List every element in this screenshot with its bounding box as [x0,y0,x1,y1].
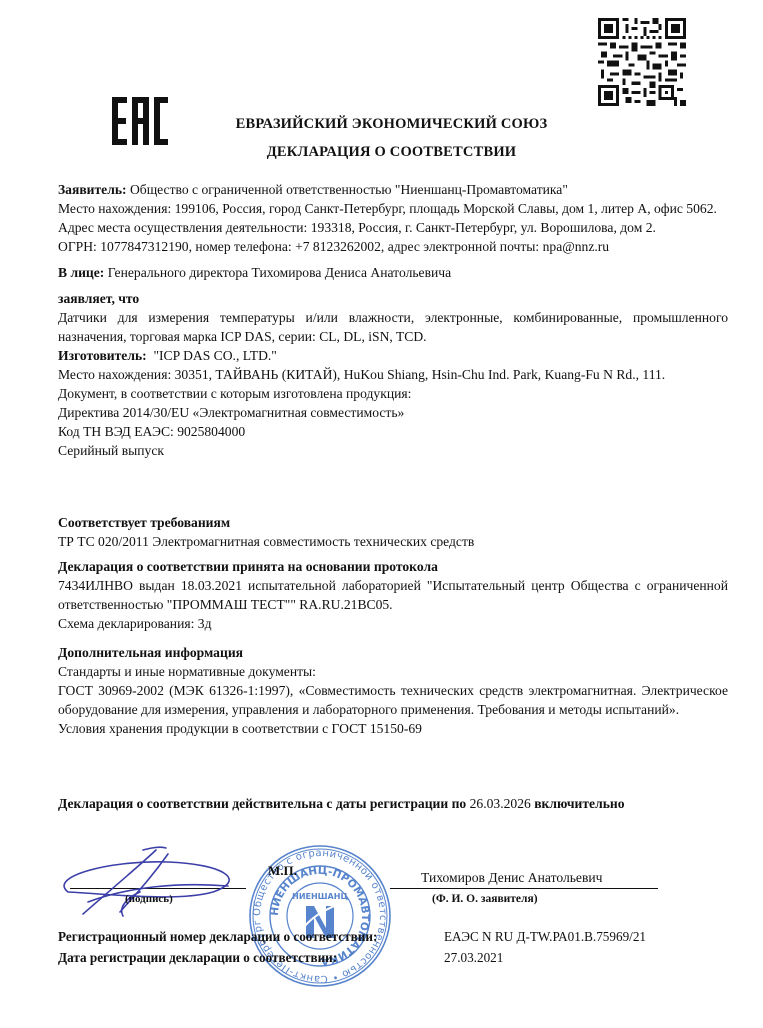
manufacturer-location: Место нахождения: 30351, ТАЙВАНЬ (КИТАЙ)… [58,365,728,384]
manufacturer-line: Изготовитель: "ICP DAS CO., LTD." [58,346,728,365]
applicant-location: Место нахождения: 199106, Россия, город … [58,199,728,218]
representative-value: Генерального директора Тихомирова Дениса… [104,265,451,280]
handwritten-signature-icon [48,842,248,922]
union-title: ЕВРАЗИЙСКИЙ ЭКОНОМИЧЕСКИЙ СОЮЗ [0,116,763,133]
production-document-intro: Документ, в соответствии с которым изгот… [58,384,728,403]
validity-text-before: Декларация о соответствии действительна … [58,796,470,811]
signer-name-line [390,888,658,889]
tn-ved-code: Код ТН ВЭД ЕАЭС: 9025804000 [58,422,728,441]
release-type: Серийный выпуск [58,441,728,460]
protocol-section: Декларация о соответствии принята на осн… [58,557,728,633]
signature-label: (подпись) [125,893,173,905]
storage-conditions: Условия хранения продукции в соответстви… [58,719,728,738]
representative-line: В лице: Генерального директора Тихомиров… [58,263,728,282]
applicant-activity-address: Адрес места осуществления деятельности: … [58,218,728,237]
requirements-section: Соответствует требованиям ТР ТС 020/2011… [58,513,728,551]
standards-value: ГОСТ 30969-2002 (МЭК 61326-1:1997), «Сов… [58,681,728,719]
signer-name: Тихомиров Денис Анатольевич [421,870,603,886]
additional-info-section: Дополнительная информация Стандарты и ин… [58,643,728,738]
applicant-line: Заявитель: Общество с ограниченной ответ… [58,180,728,199]
manufacturer-name: "ICP DAS CO., LTD." [147,348,277,363]
registration-date-value: 27.03.2021 [444,950,503,966]
declares-label: заявляет, что [58,289,728,308]
signer-name-label: (Ф. И. О. заявителя) [432,893,538,905]
production-directive: Директива 2014/30/EU «Электромагнитная с… [58,403,728,422]
qr-code-icon[interactable] [598,18,686,106]
stamp-place-label: М.П. [268,863,297,879]
declaration-scheme: Схема декларирования: 3д [58,614,728,633]
applicant-name: Общество с ограниченной ответственностью… [127,182,568,197]
document-body: Заявитель: Общество с ограниченной ответ… [58,180,728,460]
manufacturer-label: Изготовитель: [58,348,147,363]
applicant-contacts: ОГРН: 1077847312190, номер телефона: +7 … [58,237,728,256]
standards-intro: Стандарты и иные нормативные документы: [58,662,728,681]
product-description: Датчики для измерения температуры и/или … [58,308,728,346]
protocol-heading: Декларация о соответствии принята на осн… [58,557,728,576]
svg-text:НИЕНШАНЦ: НИЕНШАНЦ [292,892,348,901]
validity-statement: Декларация о соответствии действительна … [58,796,738,812]
representative-label: В лице: [58,265,104,280]
validity-text-after: включительно [531,796,625,811]
registration-number-label: Регистрационный номер декларации о соотв… [58,929,377,945]
registration-date-label: Дата регистрации декларации о соответств… [58,950,337,966]
additional-heading: Дополнительная информация [58,643,728,662]
protocol-value: 7434ИЛНВО выдан 18.03.2021 испытательной… [58,576,728,614]
registration-number-value: ЕАЭС N RU Д-TW.РА01.В.75969/21 [444,929,646,945]
document-title: ДЕКЛАРАЦИЯ О СООТВЕТСТВИИ [0,144,763,161]
requirements-heading: Соответствует требованиям [58,513,728,532]
requirements-value: ТР ТС 020/2011 Электромагнитная совмести… [58,532,728,551]
validity-date: 26.03.2026 [470,796,531,811]
applicant-label: Заявитель: [58,182,127,197]
